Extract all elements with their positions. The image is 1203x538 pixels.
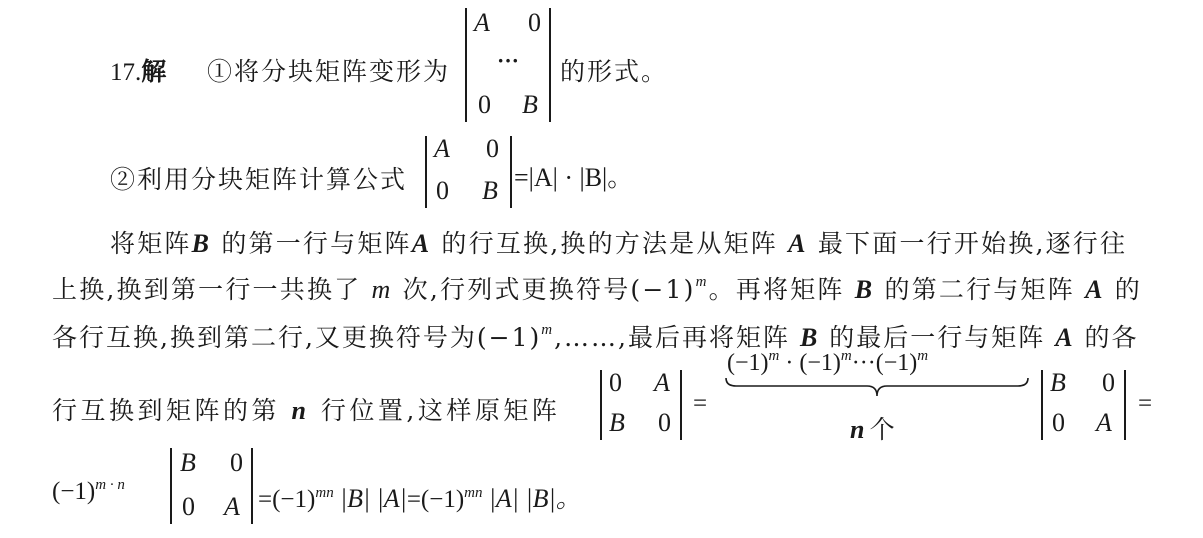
determinant-bar-left <box>170 448 172 524</box>
equals-sign: = <box>1138 390 1152 418</box>
paragraph-line-1: 将矩阵B 的第一行与矩阵A 的行互换,换的方法是从矩阵 A 最下面一行开始换,逐… <box>110 224 1127 260</box>
step1-suffix: 的形式。 <box>560 52 668 88</box>
matrix-cell: 0 <box>436 176 449 206</box>
matrix-cell: 0 <box>1102 368 1115 398</box>
equals-sign: = <box>693 390 707 418</box>
determinant-bar-right <box>680 370 682 440</box>
matrix-cell: 0 <box>478 90 491 120</box>
matrix-cell: B <box>522 90 538 120</box>
matrix-cell: A <box>224 492 240 522</box>
step2-text: ②利用分块矩阵计算公式 <box>110 160 407 196</box>
determinant-bar-right <box>1124 370 1126 440</box>
paragraph-line-3: 各行互换,换到第二行,又更换符号为(−1)m,……,最后再将矩阵 B 的最后一行… <box>52 318 1139 354</box>
matrix-cell: B <box>482 176 498 206</box>
paragraph-line-2: 上换,换到第一行一共换了 m 次,行列式更换符号(−1)m。再将矩阵 B 的第二… <box>52 270 1142 306</box>
matrix-cell: A <box>654 368 670 398</box>
matrix-cell: 0 <box>486 134 499 164</box>
solution-label: 解 <box>141 57 168 86</box>
matrix-cell: A <box>434 134 450 164</box>
matrix-cell: 0 <box>1052 408 1065 438</box>
step1-text: ①将分块矩阵变形为 <box>207 52 450 88</box>
determinant-bar-left <box>465 8 467 122</box>
final-rhs: =(−1)mn |B| |A|=(−1)mn |A| |B|。 <box>258 478 582 515</box>
matrix-cell: 0 <box>609 368 622 398</box>
determinant-bar-right <box>549 8 551 122</box>
underbrace-icon <box>724 376 1030 398</box>
determinant-bar-right <box>510 136 512 208</box>
matrix-cell: B <box>609 408 625 438</box>
matrix-cell: A <box>474 8 490 38</box>
determinant-bar-left <box>1041 370 1043 440</box>
step2-formula: =|A| · |B|。 <box>514 157 633 194</box>
problem-number: 17. <box>110 59 141 86</box>
paragraph-line-4: 行互换到矩阵的第 n 行位置,这样原矩阵 <box>52 391 560 427</box>
determinant-bar-left <box>600 370 602 440</box>
matrix-cell: 0 <box>230 448 243 478</box>
problem-header: 17.解 <box>110 52 168 88</box>
determinant-bar-right <box>251 448 253 524</box>
matrix-cell: B <box>180 448 196 478</box>
matrix-cell: A <box>1096 408 1112 438</box>
matrix-cell: 0 <box>658 408 671 438</box>
final-lhs: (−1)m · n <box>52 478 125 506</box>
determinant-bar-left <box>425 136 427 208</box>
matrix-cell: B <box>1050 368 1066 398</box>
matrix-cell: 0 <box>182 492 195 522</box>
matrix-cell: 0 <box>528 8 541 38</box>
matrix-ellipsis: ··· <box>497 48 519 74</box>
sign-product: (−1)m · (−1)m···(−1)m <box>727 350 928 377</box>
underbrace-label: n 个 <box>850 410 897 446</box>
